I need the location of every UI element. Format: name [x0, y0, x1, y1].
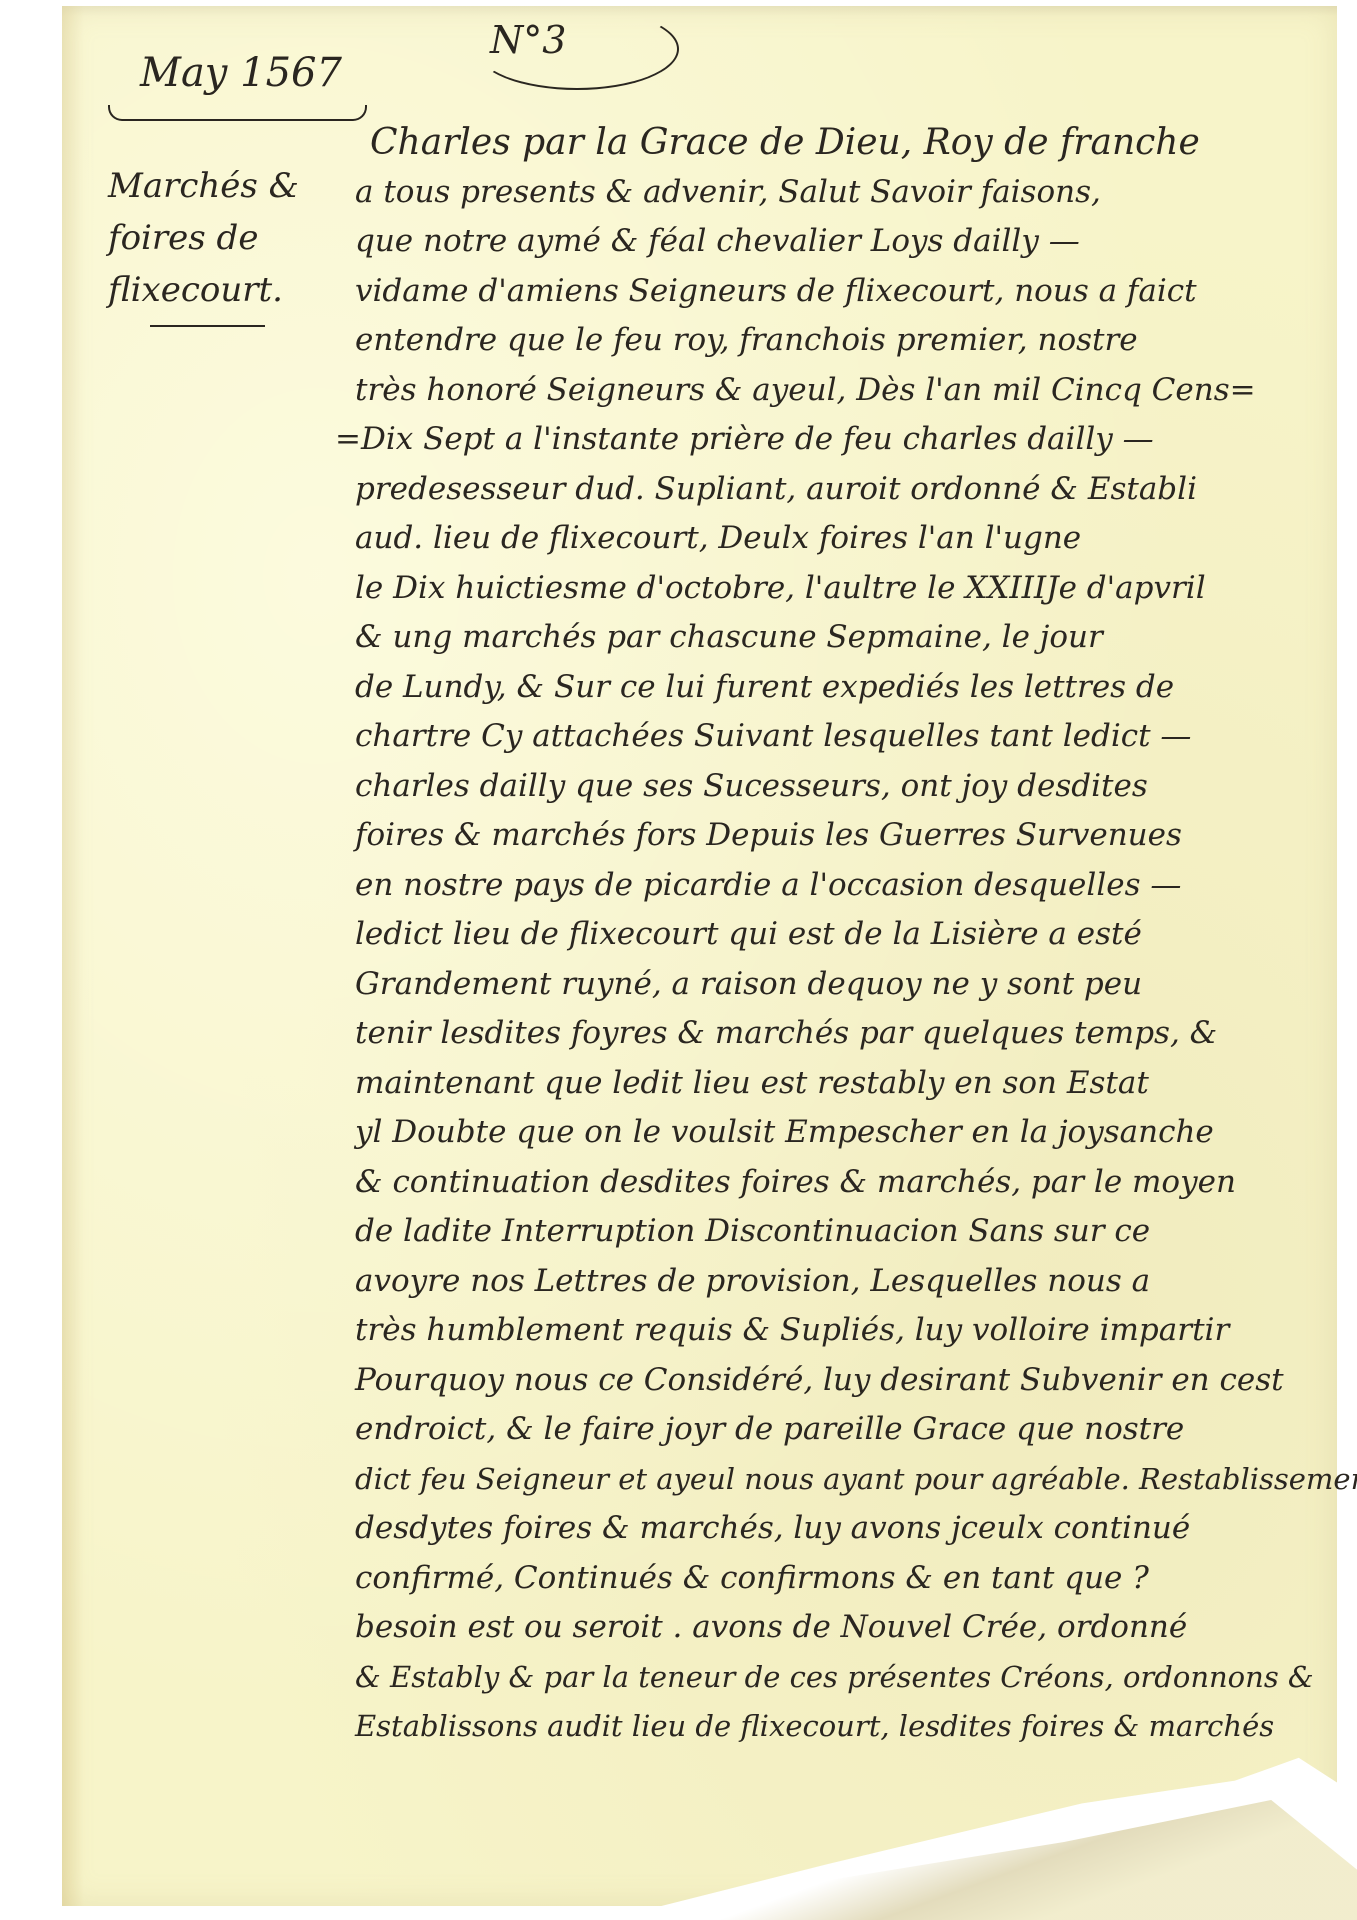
text-line: le Dix huictiesme d'octobre, l'aultre le… [355, 564, 1315, 614]
margin-underline [150, 325, 265, 327]
text-line: vidame d'amiens Seigneurs de flixecourt,… [355, 267, 1315, 317]
text-line: maintenant que ledit lieu est restably e… [355, 1059, 1315, 1109]
text-line: charles dailly que ses Sucesseurs, ont j… [355, 762, 1315, 812]
date-heading: May 1567 [140, 50, 342, 96]
text-line: predesesseur dud. Supliant, auroit ordon… [355, 465, 1315, 515]
text-line: & continuation desdites foires & marchés… [355, 1158, 1315, 1208]
margin-title: Marchés & foires de flixecourt. [108, 160, 299, 316]
text-line: Grandement ruyné, a raison dequoy ne y s… [355, 960, 1315, 1010]
text-line: aud. lieu de flixecourt, Deulx foires l'… [355, 514, 1315, 564]
text-line: confirmé, Continués & confirmons & en ta… [355, 1554, 1315, 1604]
text-line: en nostre pays de picardie a l'occasion … [355, 861, 1315, 911]
text-line: très honoré Seigneurs & ayeul, Dès l'an … [355, 366, 1315, 416]
text-line: a tous presents & advenir, Salut Savoir … [355, 168, 1315, 218]
text-line: yl Doubte que on le voulsit Empescher en… [355, 1108, 1315, 1158]
text-line: très humblement requis & Supliés, luy vo… [355, 1306, 1315, 1356]
text-line: Charles par la Grace de Dieu, Roy de fra… [355, 118, 1315, 168]
text-line: desdytes foires & marchés, luy avons jce… [355, 1504, 1315, 1554]
text-line: avoyre nos Lettres de provision, Lesquel… [355, 1257, 1315, 1307]
text-line: tenir lesdites foyres & marchés par quel… [355, 1009, 1315, 1059]
text-line: & ung marchés par chascune Sepmaine, le … [355, 613, 1315, 663]
text-line: entendre que le feu roy, franchois premi… [355, 316, 1315, 366]
text-line: Pourquoy nous ce Considéré, luy desirant… [355, 1356, 1315, 1406]
document-number: N°3 [490, 18, 566, 62]
text-line: que notre aymé & féal chevalier Loys dai… [355, 217, 1315, 267]
text-line: ledict lieu de flixecourt qui est de la … [355, 910, 1315, 960]
text-line: de Lundy, & Sur ce lui furent expediés l… [355, 663, 1315, 713]
text-line: de ladite Interruption Discontinuacion S… [355, 1207, 1315, 1257]
text-line: & Estably & par la teneur de ces présent… [355, 1653, 1315, 1703]
margin-title-line: flixecourt. [108, 264, 299, 316]
margin-title-line: foires de [108, 212, 299, 264]
text-line: chartre Cy attachées Suivant lesquelles … [355, 712, 1315, 762]
margin-title-line: Marchés & [108, 160, 299, 212]
text-line: besoin est ou seroit . avons de Nouvel C… [355, 1603, 1315, 1653]
text-line: dict feu Seigneur et ayeul nous ayant po… [355, 1455, 1315, 1505]
date-brace [108, 105, 367, 121]
text-line: endroict, & le faire joyr de pareille Gr… [355, 1405, 1315, 1455]
text-line: foires & marchés fors Depuis les Guerres… [355, 811, 1315, 861]
text-line: Establissons audit lieu de flixecourt, l… [355, 1702, 1315, 1752]
text-line: =Dix Sept a l'instante prière de feu cha… [335, 415, 1315, 465]
manuscript-body: Charles par la Grace de Dieu, Roy de fra… [355, 118, 1315, 1752]
